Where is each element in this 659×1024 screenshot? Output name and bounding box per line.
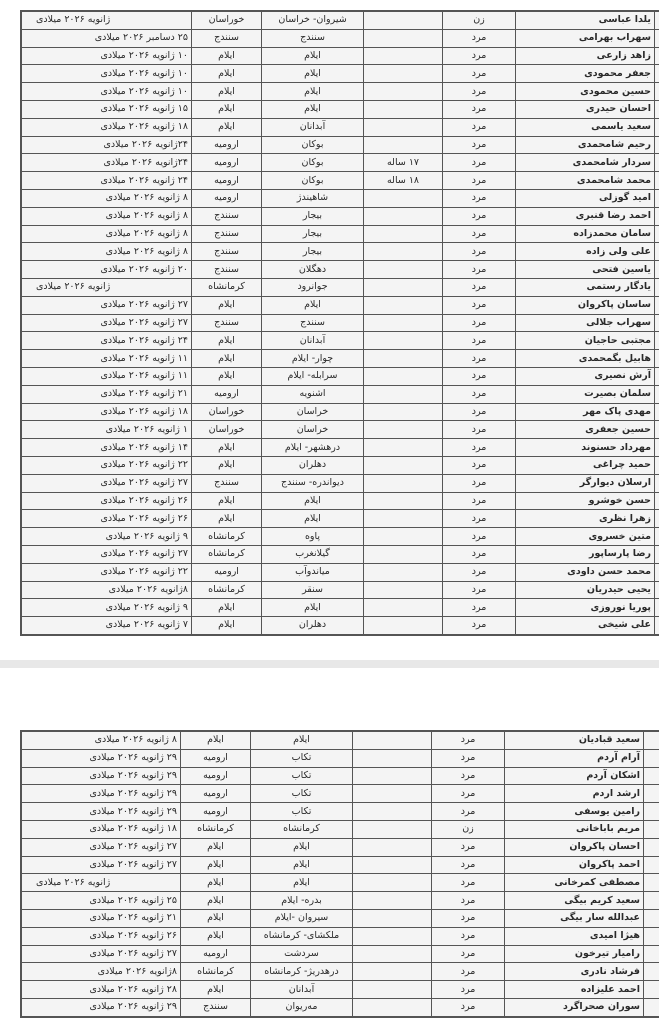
table-row: ۳۴۱سهراب بهرامیمردسنندجسنندج۲۵ دسامبر ۲۰… <box>21 29 659 47</box>
name-cell: یاسین فتحی <box>516 261 655 279</box>
province-cell: کرمانشاه <box>192 278 262 296</box>
city-cell: ایلام <box>262 492 364 510</box>
date-cell: ۲۹ ژانویه ۲۰۲۶ میلادی <box>21 803 181 821</box>
province-cell: ایلام <box>181 856 251 874</box>
age-cell <box>364 100 443 118</box>
city-cell: بیجار <box>262 225 364 243</box>
table-row: ۳۴۸سردار شامحمدیمرد۱۷ سالهبوکانارومیه۲۴ژ… <box>21 154 659 172</box>
name-cell: آرش نصیری <box>516 367 655 385</box>
gender-cell: مرد <box>443 154 516 172</box>
province-cell: ارومیه <box>181 945 251 963</box>
city-cell: سنندج <box>262 314 364 332</box>
date-cell: ۸ژانویه ۲۰۲۶ میلادی <box>21 581 192 599</box>
city-cell: پاوه <box>262 528 364 546</box>
age-cell <box>364 11 443 29</box>
province-cell: ایلام <box>192 599 262 617</box>
city-cell: خراسان <box>262 421 364 439</box>
age-cell <box>364 510 443 528</box>
province-cell: ایلام <box>181 892 251 910</box>
gender-cell: مرد <box>432 731 505 749</box>
row-number-cell: ۳۶۷ <box>655 492 659 510</box>
province-cell: کرمانشاه <box>181 963 251 981</box>
province-cell: کرمانشاه <box>192 581 262 599</box>
province-cell: ارومیه <box>181 803 251 821</box>
row-number-cell: ۳۸۵ <box>644 909 659 927</box>
gender-cell: مرد <box>432 909 505 927</box>
name-cell: عبدالله سار بیگی <box>505 909 644 927</box>
table-row: ۳۵۰امید گوزلیمردشاهیندژارومیه۸ ژانویه ۲۰… <box>21 189 659 207</box>
date-cell: ۹ ژانویه ۲۰۲۶ میلادی <box>21 528 192 546</box>
age-cell <box>364 528 443 546</box>
name-cell: هیژا امیدی <box>505 927 644 945</box>
row-number-cell: ۳۶۴ <box>655 439 659 457</box>
row-number-cell: ۳۷۶ <box>644 749 659 767</box>
row-number-cell: ۳۵۷ <box>655 314 659 332</box>
gender-cell: مرد <box>443 545 516 563</box>
name-cell: زهرا نظری <box>516 510 655 528</box>
age-cell <box>364 225 443 243</box>
age-cell <box>364 474 443 492</box>
province-cell: ایلام <box>181 909 251 927</box>
date-cell: ژانویه ۲۰۲۶ میلادی <box>21 278 192 296</box>
date-cell: ۲۷ ژانویه ۲۰۲۶ میلادی <box>21 838 181 856</box>
gender-cell: مرد <box>443 510 516 528</box>
row-number-cell: ۳۷۳ <box>655 599 659 617</box>
gender-cell: مرد <box>443 118 516 136</box>
table-row: ۳۶۶ارسلان دیوارگرمرددیواندره- سنندجسنندج… <box>21 474 659 492</box>
date-cell: ۲۴ژانویه ۲۰۲۶ میلادی <box>21 154 192 172</box>
name-cell: مهرداد حسنوند <box>516 439 655 457</box>
city-cell: سرابله- ایلام <box>262 367 364 385</box>
table-row: ۳۶۴مهرداد حسنوندمرددرهشهر- ایلامایلام۱۴ … <box>21 439 659 457</box>
age-cell <box>364 563 443 581</box>
province-cell: سنندج <box>192 207 262 225</box>
date-cell: ۸ژانویه ۲۰۲۶ میلادی <box>21 963 181 981</box>
gender-cell: مرد <box>443 172 516 190</box>
gender-cell: مرد <box>443 421 516 439</box>
age-cell <box>353 803 432 821</box>
row-number-cell: ۳۸۸ <box>644 963 659 981</box>
name-cell: مریم باباخانی <box>505 820 644 838</box>
age-cell <box>364 456 443 474</box>
row-number-cell: ۳۵۹ <box>655 350 659 368</box>
table-row: ۳۶۱سلمان بصیرتمرداشنویهارومیه۲۱ ژانویه ۲… <box>21 385 659 403</box>
gender-cell: مرد <box>443 189 516 207</box>
province-cell: ارومیه <box>192 154 262 172</box>
row-number-cell: ۳۷۸ <box>644 785 659 803</box>
table-row: ۳۷۸ارشد اردممردتکابارومیه۲۹ ژانویه ۲۰۲۶ … <box>21 785 659 803</box>
table-row: ۳۶۸زهرا نظریمردایلامایلام۲۶ ژانویه ۲۰۲۶ … <box>21 510 659 528</box>
city-cell: چوار- ایلام <box>262 350 364 368</box>
row-number-cell: ۳۶۶ <box>655 474 659 492</box>
row-number-cell: ۳۵۱ <box>655 207 659 225</box>
table-row: ۳۸۰مریم باباخانیزنکرمانشاهکرمانشاه۱۸ ژان… <box>21 820 659 838</box>
age-cell <box>364 403 443 421</box>
gender-cell: مرد <box>443 243 516 261</box>
city-cell: ایلام <box>262 296 364 314</box>
name-cell: محمد شامحمدی <box>516 172 655 190</box>
row-number-cell: ۳۴۸ <box>655 154 659 172</box>
gender-cell: مرد <box>432 927 505 945</box>
row-number-cell: ۳۸۰ <box>644 820 659 838</box>
gender-cell: مرد <box>432 838 505 856</box>
name-cell: سلمان بصیرت <box>516 385 655 403</box>
name-cell: یادگار رستمی <box>516 278 655 296</box>
name-cell: سهراب جلالی <box>516 314 655 332</box>
city-cell: خراسان <box>262 403 364 421</box>
province-cell: ایلام <box>192 439 262 457</box>
row-number-cell: ۳۴۲ <box>655 47 659 65</box>
name-cell: سهراب بهرامی <box>516 29 655 47</box>
city-cell: دهلران <box>262 617 364 635</box>
name-cell: مجتبی حاجیان <box>516 332 655 350</box>
date-cell: ۸ ژانویه ۲۰۲۶ میلادی <box>21 243 192 261</box>
date-cell: ۲۱ ژانویه ۲۰۲۶ میلادی <box>21 385 192 403</box>
date-cell: ۱۸ ژانویه ۲۰۲۶ میلادی <box>21 820 181 838</box>
city-cell: بوکان <box>262 172 364 190</box>
row-number-cell: ۳۴۵ <box>655 100 659 118</box>
province-cell: ایلام <box>192 332 262 350</box>
name-cell: یلدا عباسی <box>516 11 655 29</box>
table-row: ۳۵۲سامان محمدزادهمردبیجارسنندج۸ ژانویه ۲… <box>21 225 659 243</box>
province-cell: ارومیه <box>181 785 251 803</box>
gender-cell: مرد <box>432 981 505 999</box>
row-number-cell: ۳۷۴ <box>655 617 659 635</box>
table-row: ۳۹۰سوران صحراگردمردمەریوانسنندج۲۹ ژانویه… <box>21 998 659 1016</box>
age-cell <box>364 314 443 332</box>
table-row: ۳۴۵احسان حیدریمردایلامایلام۱۵ ژانویه ۲۰۲… <box>21 100 659 118</box>
province-cell: ایلام <box>181 731 251 749</box>
date-cell: ۱۸ ژانویه ۲۰۲۶ میلادی <box>21 118 192 136</box>
row-number-cell: ۳۶۱ <box>655 385 659 403</box>
name-cell: هابیل بگمحمدی <box>516 350 655 368</box>
age-cell <box>353 731 432 749</box>
gender-cell: مرد <box>443 581 516 599</box>
name-cell: یحیی حیدریان <box>516 581 655 599</box>
row-number-cell: ۳۷۵ <box>644 731 659 749</box>
city-cell: بوکان <box>262 136 364 154</box>
row-number-cell: ۳۸۳ <box>644 874 659 892</box>
age-cell <box>364 332 443 350</box>
province-cell: ارومیه <box>181 767 251 785</box>
city-cell: ایلام <box>251 838 353 856</box>
age-cell <box>364 189 443 207</box>
age-cell <box>364 118 443 136</box>
date-cell: ۸ ژانویه ۲۰۲۶ میلادی <box>21 207 192 225</box>
name-cell: احمد رضا قنبری <box>516 207 655 225</box>
name-cell: سردار شامحمدی <box>516 154 655 172</box>
province-cell: ارومیه <box>192 189 262 207</box>
name-cell: ارشد اردم <box>505 785 644 803</box>
table-row: ۳۷۴علی شیخیمرددهلرانایلام۷ ژانویه ۲۰۲۶ م… <box>21 617 659 635</box>
table-row: ۳۶۹متین خسرویمردپاوهکرمانشاه۹ ژانویه ۲۰۲… <box>21 528 659 546</box>
gender-cell: مرد <box>432 767 505 785</box>
city-cell: مەریوان <box>251 998 353 1016</box>
table-row: ۳۷۷اشکان آردممردتکابارومیه۲۹ ژانویه ۲۰۲۶… <box>21 767 659 785</box>
table-row: ۳۵۵یادگار رستمیمردجوانرودکرمانشاهژانویه … <box>21 278 659 296</box>
age-cell <box>364 350 443 368</box>
name-cell: محمد حسن داودی <box>516 563 655 581</box>
row-number-cell: ۳۶۲ <box>655 403 659 421</box>
date-cell: ۱۴ ژانویه ۲۰۲۶ میلادی <box>21 439 192 457</box>
age-cell <box>353 874 432 892</box>
gender-cell: مرد <box>443 65 516 83</box>
row-number-cell: ۳۶۸ <box>655 510 659 528</box>
row-number-cell: ۳۶۳ <box>655 421 659 439</box>
city-cell: تکاب <box>251 785 353 803</box>
province-cell: ارومیه <box>192 563 262 581</box>
row-number-cell: ۳۴۱ <box>655 29 659 47</box>
age-cell <box>364 421 443 439</box>
province-cell: ایلام <box>192 617 262 635</box>
age-cell <box>353 856 432 874</box>
name-cell: حسن خوشرو <box>516 492 655 510</box>
row-number-cell: ۳۴۷ <box>655 136 659 154</box>
city-cell: دیواندره- سنندج <box>262 474 364 492</box>
date-cell: ۲۲ ژانویه ۲۰۲۶ میلادی <box>21 563 192 581</box>
table-row: ۳۸۱احسان پاکروانمردایلامایلام۲۷ ژانویه ۲… <box>21 838 659 856</box>
city-cell: شیروان- خراسان <box>262 11 364 29</box>
date-cell: ۲۸ ژانویه ۲۰۲۶ میلادی <box>21 981 181 999</box>
row-number-cell: ۳۵۴ <box>655 261 659 279</box>
row-number-cell: ۳۸۶ <box>644 927 659 945</box>
city-cell: سیروان -ایلام <box>251 909 353 927</box>
row-number-cell: ۳۵۶ <box>655 296 659 314</box>
date-cell: ۲۴ ژانویه ۲۰۲۶ میلادی <box>21 172 192 190</box>
table-row: ۳۴۹محمد شامحمدیمرد۱۸ سالهبوکانارومیه۲۴ ژ… <box>21 172 659 190</box>
table-row: ۳۸۲احمد پاکروانمردایلامایلام۲۷ ژانویه ۲۰… <box>21 856 659 874</box>
name-cell: احمد پاکروان <box>505 856 644 874</box>
date-cell: ۲۶ ژانویه ۲۰۲۶ میلادی <box>21 927 181 945</box>
name-cell: پوریا نوروزی <box>516 599 655 617</box>
table-row: ۳۶۰آرش نصیریمردسرابله- ایلامایلام۱۱ ژانو… <box>21 367 659 385</box>
row-number-cell: ۳۶۰ <box>655 367 659 385</box>
gender-cell: مرد <box>443 83 516 101</box>
table-row: ۳۵۱احمد رضا قنبریمردبیجارسنندج۸ ژانویه ۲… <box>21 207 659 225</box>
name-cell: مصطفی کمرخانی <box>505 874 644 892</box>
city-cell: بوکان <box>262 154 364 172</box>
name-cell: ساسان پاکروان <box>516 296 655 314</box>
date-cell: ۲۴ ژانویه ۲۰۲۶ میلادی <box>21 332 192 350</box>
table-row: ۳۴۲زاهد زارعیمردایلامایلام۱۰ ژانویه ۲۰۲۶… <box>21 47 659 65</box>
city-cell: بیجار <box>262 207 364 225</box>
date-cell: ۸ ژانویه ۲۰۲۶ میلادی <box>21 225 192 243</box>
name-cell: علی ولی زاده <box>516 243 655 261</box>
age-cell <box>353 927 432 945</box>
gender-cell: مرد <box>443 332 516 350</box>
province-cell: ایلام <box>192 350 262 368</box>
name-cell: سعید قبادیان <box>505 731 644 749</box>
name-cell: ارسلان دیوارگر <box>516 474 655 492</box>
city-cell: دهلران <box>262 456 364 474</box>
city-cell: درهدریژ- کرمانشاه <box>251 963 353 981</box>
city-cell: جوانرود <box>262 278 364 296</box>
victims-table-page-2: ۳۷۵سعید قبادیانمردایلامایلام۸ ژانویه ۲۰۲… <box>20 730 659 1018</box>
date-cell: ۱۰ ژانویه ۲۰۲۶ میلادی <box>21 83 192 101</box>
row-number-cell: ۳۵۸ <box>655 332 659 350</box>
date-cell: ۲۹ ژانویه ۲۰۲۶ میلادی <box>21 785 181 803</box>
row-number-cell: ۳۸۷ <box>644 945 659 963</box>
row-number-cell: ۳۵۳ <box>655 243 659 261</box>
table-row: ۳۴۶سعید یاسمیمردآبدانانایلام۱۸ ژانویه ۲۰… <box>21 118 659 136</box>
province-cell: سنندج <box>192 314 262 332</box>
city-cell: تکاب <box>251 749 353 767</box>
row-number-cell: ۳۵۵ <box>655 278 659 296</box>
date-cell: ۱۵ ژانویه ۲۰۲۶ میلادی <box>21 100 192 118</box>
name-cell: حمید چراغی <box>516 456 655 474</box>
table-row: ۳۸۸فرشاد نادریمرددرهدریژ- کرمانشاهکرمانش… <box>21 963 659 981</box>
date-cell: ۱ ژانویه ۲۰۲۶ میلادی <box>21 421 192 439</box>
age-cell <box>353 785 432 803</box>
province-cell: سنندج <box>192 225 262 243</box>
date-cell: ۲۵ ژانویه ۲۰۲۶ میلادی <box>21 892 181 910</box>
gender-cell: مرد <box>443 403 516 421</box>
name-cell: احمد علیزاده <box>505 981 644 999</box>
name-cell: جعفر محمودی <box>516 65 655 83</box>
date-cell: ۸ ژانویه ۲۰۲۶ میلادی <box>21 731 181 749</box>
gender-cell: مرد <box>443 136 516 154</box>
city-cell: ایلام <box>251 731 353 749</box>
age-cell <box>353 998 432 1016</box>
age-cell <box>364 367 443 385</box>
gender-cell: مرد <box>432 874 505 892</box>
date-cell: ۲۶ ژانویه ۲۰۲۶ میلادی <box>21 510 192 528</box>
gender-cell: مرد <box>432 945 505 963</box>
province-cell: ایلام <box>181 981 251 999</box>
age-cell <box>364 47 443 65</box>
row-number-cell: ۳۴۶ <box>655 118 659 136</box>
age-cell <box>364 385 443 403</box>
name-cell: زاهد زارعی <box>516 47 655 65</box>
name-cell: فرشاد نادری <box>505 963 644 981</box>
date-cell: ژانویه ۲۰۲۶ میلادی <box>21 874 181 892</box>
page-separator <box>0 660 659 668</box>
table-row: ۳۷۱محمد حسن داودیمردمیاندوآبارومیه۲۲ ژان… <box>21 563 659 581</box>
province-cell: کرمانشاه <box>192 545 262 563</box>
city-cell: ایلام <box>262 599 364 617</box>
victims-table-page-1: ۳۴۰یلدا عباسیزنشیروان- خراسانخوراسانژانو… <box>20 10 659 636</box>
gender-cell: مرد <box>443 207 516 225</box>
row-number-cell: ۳۴۹ <box>655 172 659 190</box>
name-cell: متین خسروی <box>516 528 655 546</box>
name-cell: حسین جعفری <box>516 421 655 439</box>
table-row: ۳۶۲مهدی پاک مهرمردخراسانخوراسان۱۸ ژانویه… <box>21 403 659 421</box>
gender-cell: مرد <box>432 892 505 910</box>
gender-cell: مرد <box>443 617 516 635</box>
row-number-cell: ۳۷۹ <box>644 803 659 821</box>
age-cell <box>364 581 443 599</box>
date-cell: ۸ ژانویه ۲۰۲۶ میلادی <box>21 189 192 207</box>
age-cell <box>364 83 443 101</box>
gender-cell: مرد <box>443 599 516 617</box>
age-cell <box>364 29 443 47</box>
province-cell: خوراسان <box>192 11 262 29</box>
table-row: ۳۸۳مصطفی کمرخانیمردایلامایلامژانویه ۲۰۲۶… <box>21 874 659 892</box>
date-cell: ۱۱ ژانویه ۲۰۲۶ میلادی <box>21 350 192 368</box>
name-cell: امید گوزلی <box>516 189 655 207</box>
province-cell: ایلام <box>192 83 262 101</box>
province-cell: ایلام <box>192 47 262 65</box>
province-cell: ایلام <box>181 927 251 945</box>
gender-cell: مرد <box>443 47 516 65</box>
name-cell: حسین محمودی <box>516 83 655 101</box>
table-body: ۳۷۵سعید قبادیانمردایلامایلام۸ ژانویه ۲۰۲… <box>21 731 659 1017</box>
gender-cell: مرد <box>432 963 505 981</box>
province-cell: ایلام <box>181 838 251 856</box>
province-cell: ایلام <box>192 510 262 528</box>
table-row: ۳۶۳حسین جعفریمردخراسانخوراسان۱ ژانویه ۲۰… <box>21 421 659 439</box>
name-cell: مهدی پاک مهر <box>516 403 655 421</box>
gender-cell: مرد <box>443 261 516 279</box>
name-cell: رحیم شامحمدی <box>516 136 655 154</box>
table-row: ۳۵۶ساسان پاکروانمردایلامایلام۲۷ ژانویه ۲… <box>21 296 659 314</box>
date-cell: ۱۸ ژانویه ۲۰۲۶ میلادی <box>21 403 192 421</box>
table-row: ۳۴۴حسین محمودیمردایلامایلام۱۰ ژانویه ۲۰۲… <box>21 83 659 101</box>
province-cell: ارومیه <box>192 136 262 154</box>
age-cell <box>364 65 443 83</box>
province-cell: سنندج <box>192 474 262 492</box>
age-cell <box>364 278 443 296</box>
province-cell: ارومیه <box>192 172 262 190</box>
province-cell: خوراسان <box>192 421 262 439</box>
province-cell: ایلام <box>192 65 262 83</box>
name-cell: سعید یاسمی <box>516 118 655 136</box>
province-cell: ایلام <box>181 874 251 892</box>
table-row: ۳۸۶هیژا امیدیمردملکشای- کرمانشاهایلام۲۶ … <box>21 927 659 945</box>
table-row: ۳۷۹رامین یوسفیمردتکابارومیه۲۹ ژانویه ۲۰۲… <box>21 803 659 821</box>
age-cell <box>364 439 443 457</box>
row-number-cell: ۳۵۰ <box>655 189 659 207</box>
name-cell: سامان محمدزاده <box>516 225 655 243</box>
city-cell: شاهیندژ <box>262 189 364 207</box>
table-row: ۳۸۹احمد علیزادهمردآبدانانایلام۲۸ ژانویه … <box>21 981 659 999</box>
date-cell: ۲۲ ژانویه ۲۰۲۶ میلادی <box>21 456 192 474</box>
table-row: ۳۸۷رامیار تیرخونمردسردشتارومیه۲۷ ژانویه … <box>21 945 659 963</box>
province-cell: کرمانشاه <box>181 820 251 838</box>
city-cell: ایلام <box>251 856 353 874</box>
table-row: ۳۷۰رضا پارساپورمردگیلانغربکرمانشاه۲۷ ژان… <box>21 545 659 563</box>
age-cell <box>353 981 432 999</box>
date-cell: ۲۷ ژانویه ۲۰۲۶ میلادی <box>21 945 181 963</box>
table-row: ۳۵۴یاسین فتحیمرددهگلانسنندج۲۰ ژانویه ۲۰۲… <box>21 261 659 279</box>
row-number-cell: ۳۶۵ <box>655 456 659 474</box>
city-cell: آبدانان <box>251 981 353 999</box>
age-cell: ۱۸ ساله <box>364 172 443 190</box>
city-cell: تکاب <box>251 803 353 821</box>
province-cell: سنندج <box>192 261 262 279</box>
province-cell: ایلام <box>192 492 262 510</box>
date-cell: ۲۷ ژانویه ۲۰۲۶ میلادی <box>21 545 192 563</box>
date-cell: ۲۷ ژانویه ۲۰۲۶ میلادی <box>21 296 192 314</box>
age-cell <box>353 767 432 785</box>
date-cell: ۲۷ ژانویه ۲۰۲۶ میلادی <box>21 856 181 874</box>
date-cell: ۱۰ ژانویه ۲۰۲۶ میلادی <box>21 65 192 83</box>
table-row: ۳۴۳جعفر محمودیمردایلامایلام۱۰ ژانویه ۲۰۲… <box>21 65 659 83</box>
city-cell: آبدانان <box>262 332 364 350</box>
name-cell: سوران صحراگرد <box>505 998 644 1016</box>
city-cell: میاندوآب <box>262 563 364 581</box>
row-number-cell: ۳۴۰ <box>655 11 659 29</box>
table-row: ۳۸۴سعید کریم بیگیمردبدره- ایلامایلام۲۵ ژ… <box>21 892 659 910</box>
gender-cell: مرد <box>443 314 516 332</box>
gender-cell: مرد <box>443 385 516 403</box>
row-number-cell: ۳۴۴ <box>655 83 659 101</box>
date-cell: ۹ ژانویه ۲۰۲۶ میلادی <box>21 599 192 617</box>
gender-cell: مرد <box>443 492 516 510</box>
gender-cell: مرد <box>432 749 505 767</box>
city-cell: گیلانغرب <box>262 545 364 563</box>
province-cell: ارومیه <box>181 749 251 767</box>
